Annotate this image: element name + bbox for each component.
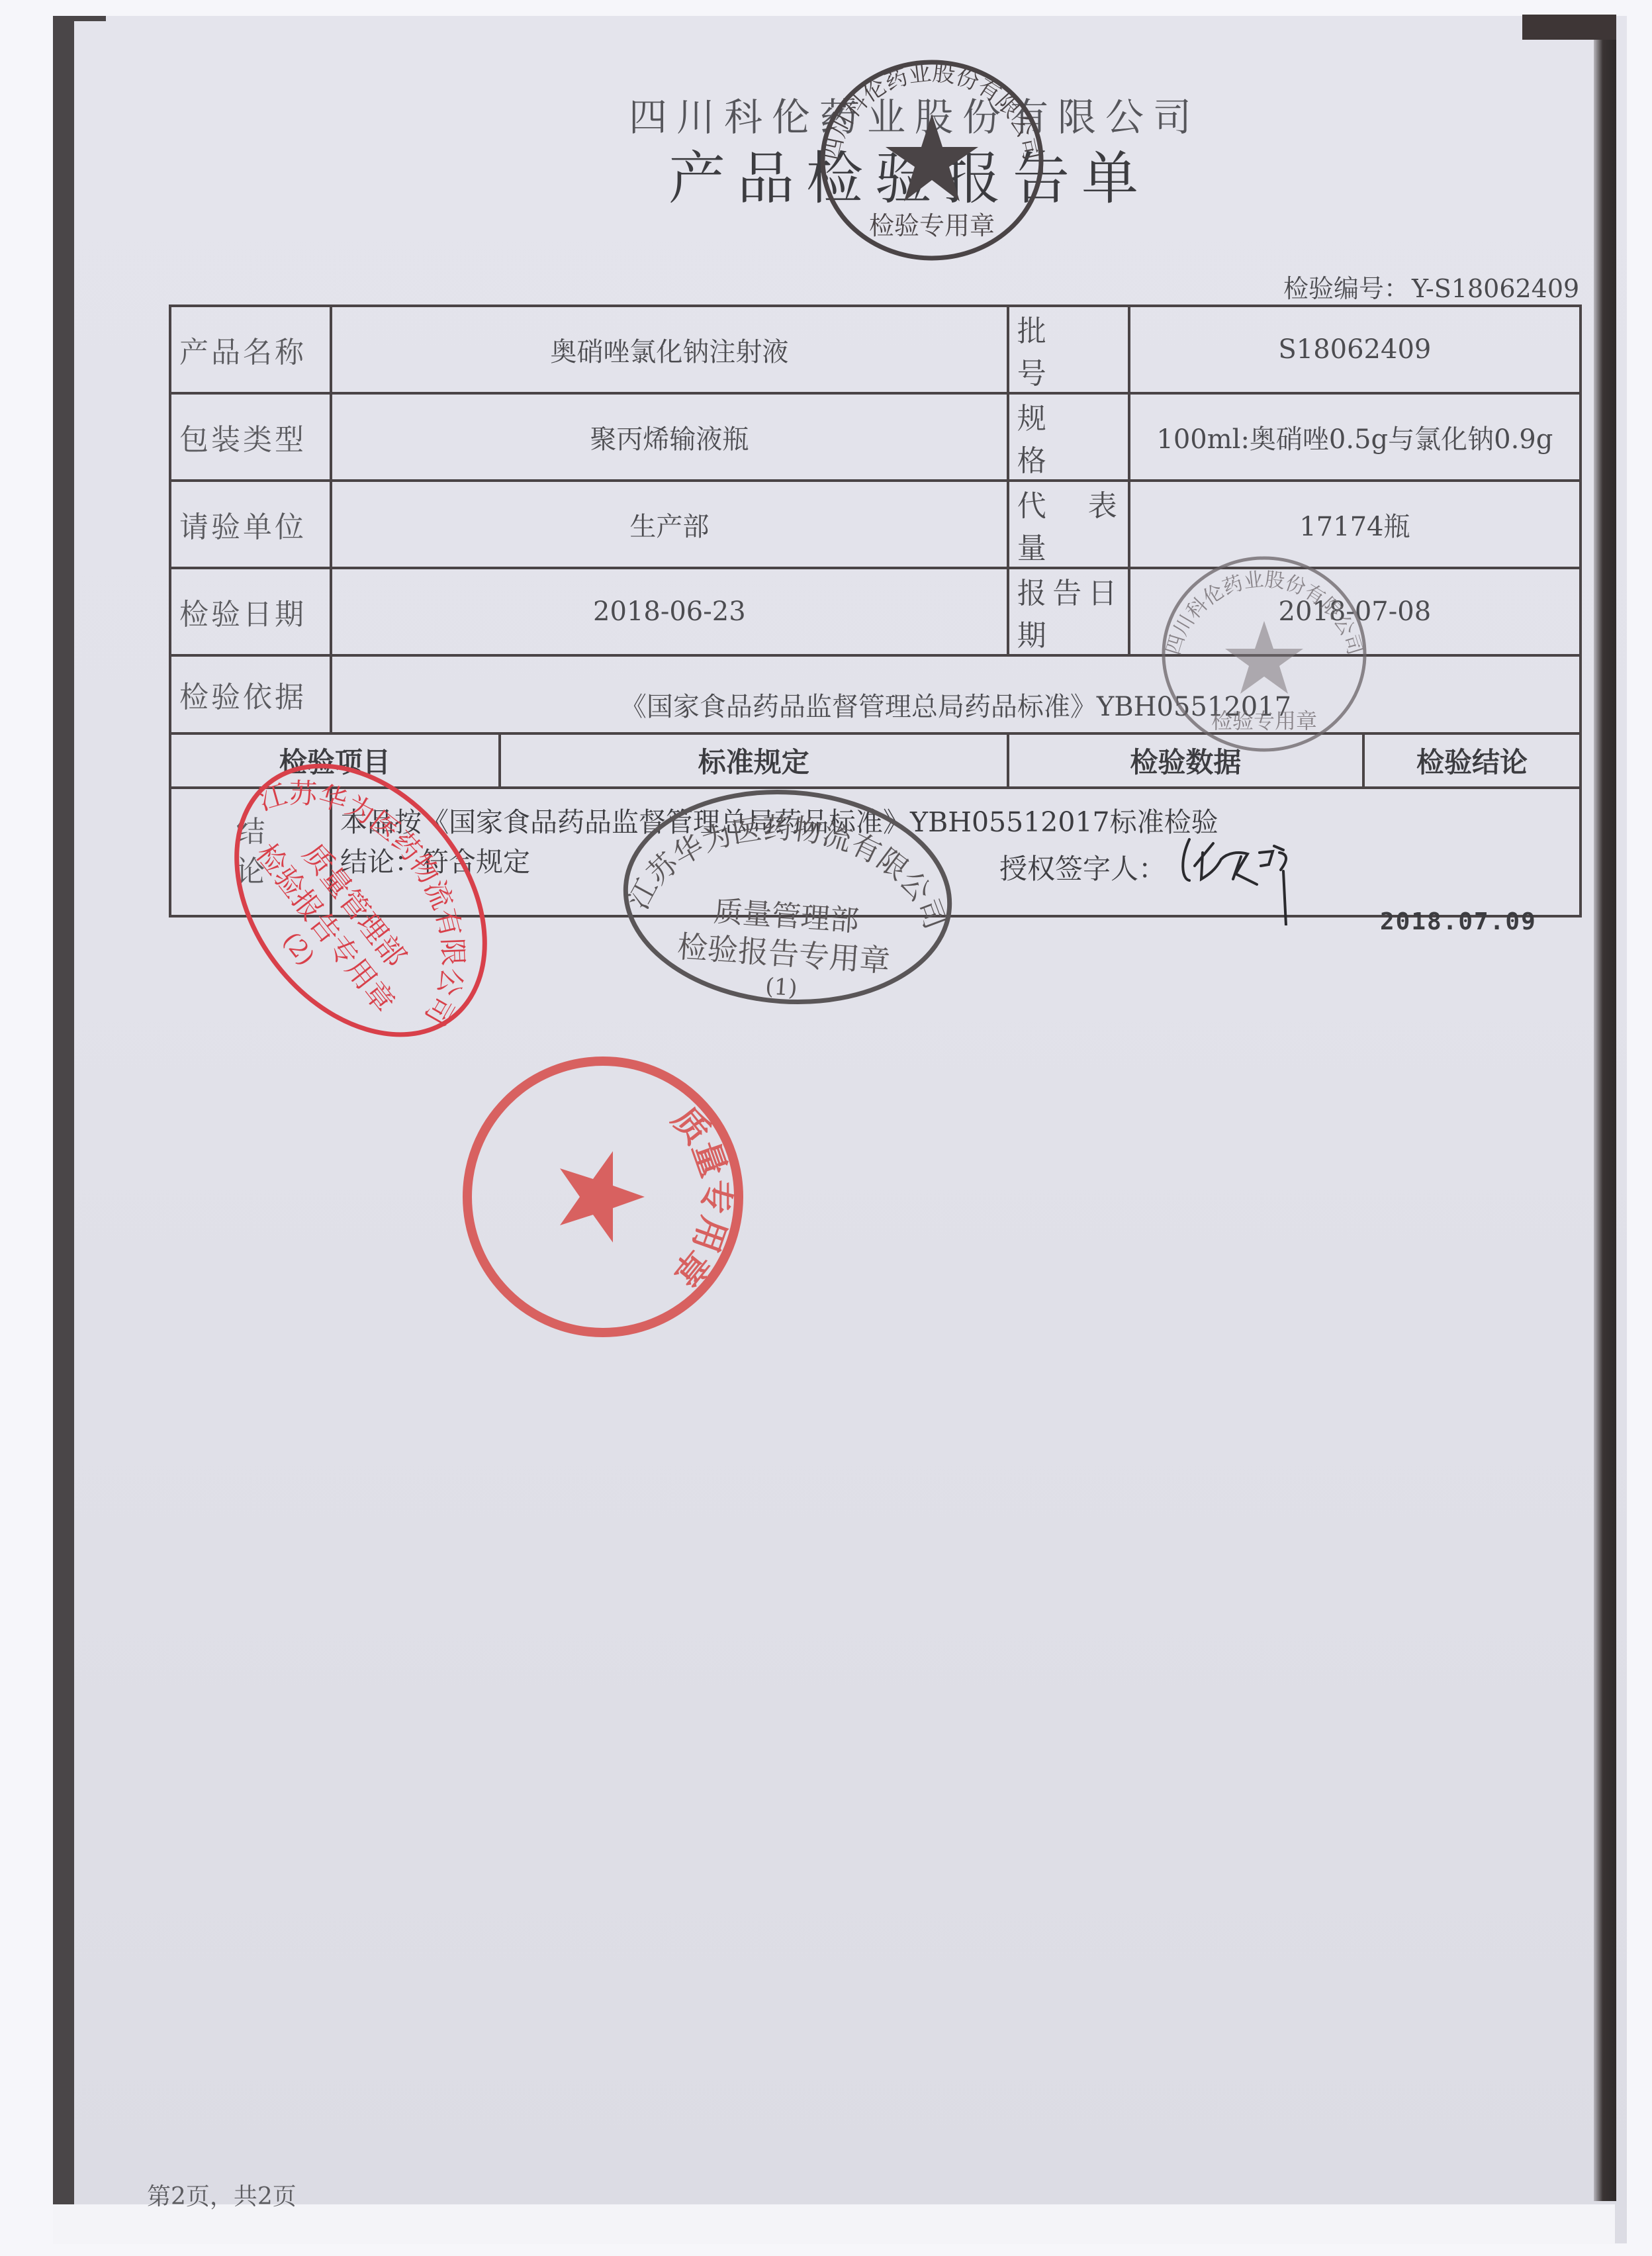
results-header-row: 检验项目 标准规定 检验数据 检验结论 — [170, 733, 1581, 788]
basis-value: 《国家食品药品监督管理总局药品标准》YBH05512017 — [331, 655, 1581, 733]
conclusion-line2: 结论：符合规定 — [340, 842, 1571, 882]
sign-date: 2018.07.09 — [1380, 908, 1537, 935]
batch-no-label: 批 号 — [1008, 306, 1129, 393]
scan-edge-left — [53, 16, 74, 2243]
inspection-date-label: 检验日期 — [170, 568, 331, 655]
table-row: 检验日期 2018-06-23 报告日期 2018-07-08 — [170, 568, 1581, 655]
conclusion-row: 结 论 本品按《国家食品药品监督管理总局药品标准》YBH05512017标准检验… — [170, 788, 1581, 916]
signatory-label: 授权签字人： — [999, 847, 1166, 887]
report-date-label: 报告日期 — [1008, 568, 1129, 655]
scan-edge-top-right — [1522, 15, 1616, 40]
conclusion-text: 本品按《国家食品药品监督管理总局药品标准》YBH05512017标准检验 结论：… — [331, 788, 1581, 916]
header-test-conclusion: 检验结论 — [1363, 733, 1581, 788]
scan-edge-right — [1594, 40, 1616, 2201]
report-number: 检验编号：Y-S18062409 — [1281, 268, 1579, 305]
product-name-label: 产品名称 — [170, 306, 331, 393]
basis-label: 检验依据 — [170, 655, 331, 733]
spec-label: 规 格 — [1008, 393, 1129, 481]
quantity-value: 17174瓶 — [1129, 481, 1581, 568]
document-title: 产品检验报告单 — [668, 132, 1150, 214]
inspection-table: 产品名称 奥硝唑氯化钠注射液 批 号 S18062409 包装类型 聚丙烯输液瓶… — [169, 305, 1582, 917]
table-row: 产品名称 奥硝唑氯化钠注射液 批 号 S18062409 — [170, 306, 1581, 393]
header-test-item: 检验项目 — [170, 733, 500, 788]
report-date-value: 2018-07-08 — [1129, 568, 1581, 655]
scan-edge-top — [53, 16, 106, 21]
inspection-date-value: 2018-06-23 — [331, 568, 1008, 655]
requesting-unit-label: 请验单位 — [170, 481, 331, 568]
report-number-value: Y-S18062409 — [1412, 274, 1579, 303]
package-type-value: 聚丙烯输液瓶 — [331, 393, 1008, 481]
table-row: 检验依据 《国家食品药品监督管理总局药品标准》YBH05512017 — [170, 655, 1581, 733]
table-row: 请验单位 生产部 代 表 量 17174瓶 — [170, 481, 1581, 568]
conclusion-label: 结 论 — [170, 788, 331, 916]
conclusion-label-line2: 论 — [179, 852, 322, 892]
report-number-label: 检验编号： — [1283, 274, 1409, 303]
page-indicator: 第2页，共2页 — [147, 2178, 297, 2212]
spec-value: 100ml:奥硝唑0.5g与氯化钠0.9g — [1129, 393, 1581, 481]
header-standard: 标准规定 — [500, 733, 1008, 788]
handwritten-signature — [1175, 833, 1354, 925]
conclusion-line1: 本品按《国家食品药品监督管理总局药品标准》YBH05512017标准检验 — [340, 802, 1571, 842]
quantity-label: 代 表 量 — [1008, 481, 1129, 568]
product-name-value: 奥硝唑氯化钠注射液 — [331, 306, 1008, 393]
header-test-data: 检验数据 — [1008, 733, 1363, 788]
table-row: 包装类型 聚丙烯输液瓶 规 格 100ml:奥硝唑0.5g与氯化钠0.9g — [170, 393, 1581, 481]
conclusion-label-line1: 结 — [179, 812, 322, 852]
requesting-unit-value: 生产部 — [331, 481, 1008, 568]
package-type-label: 包装类型 — [170, 393, 331, 481]
batch-no-value: S18062409 — [1129, 306, 1581, 393]
